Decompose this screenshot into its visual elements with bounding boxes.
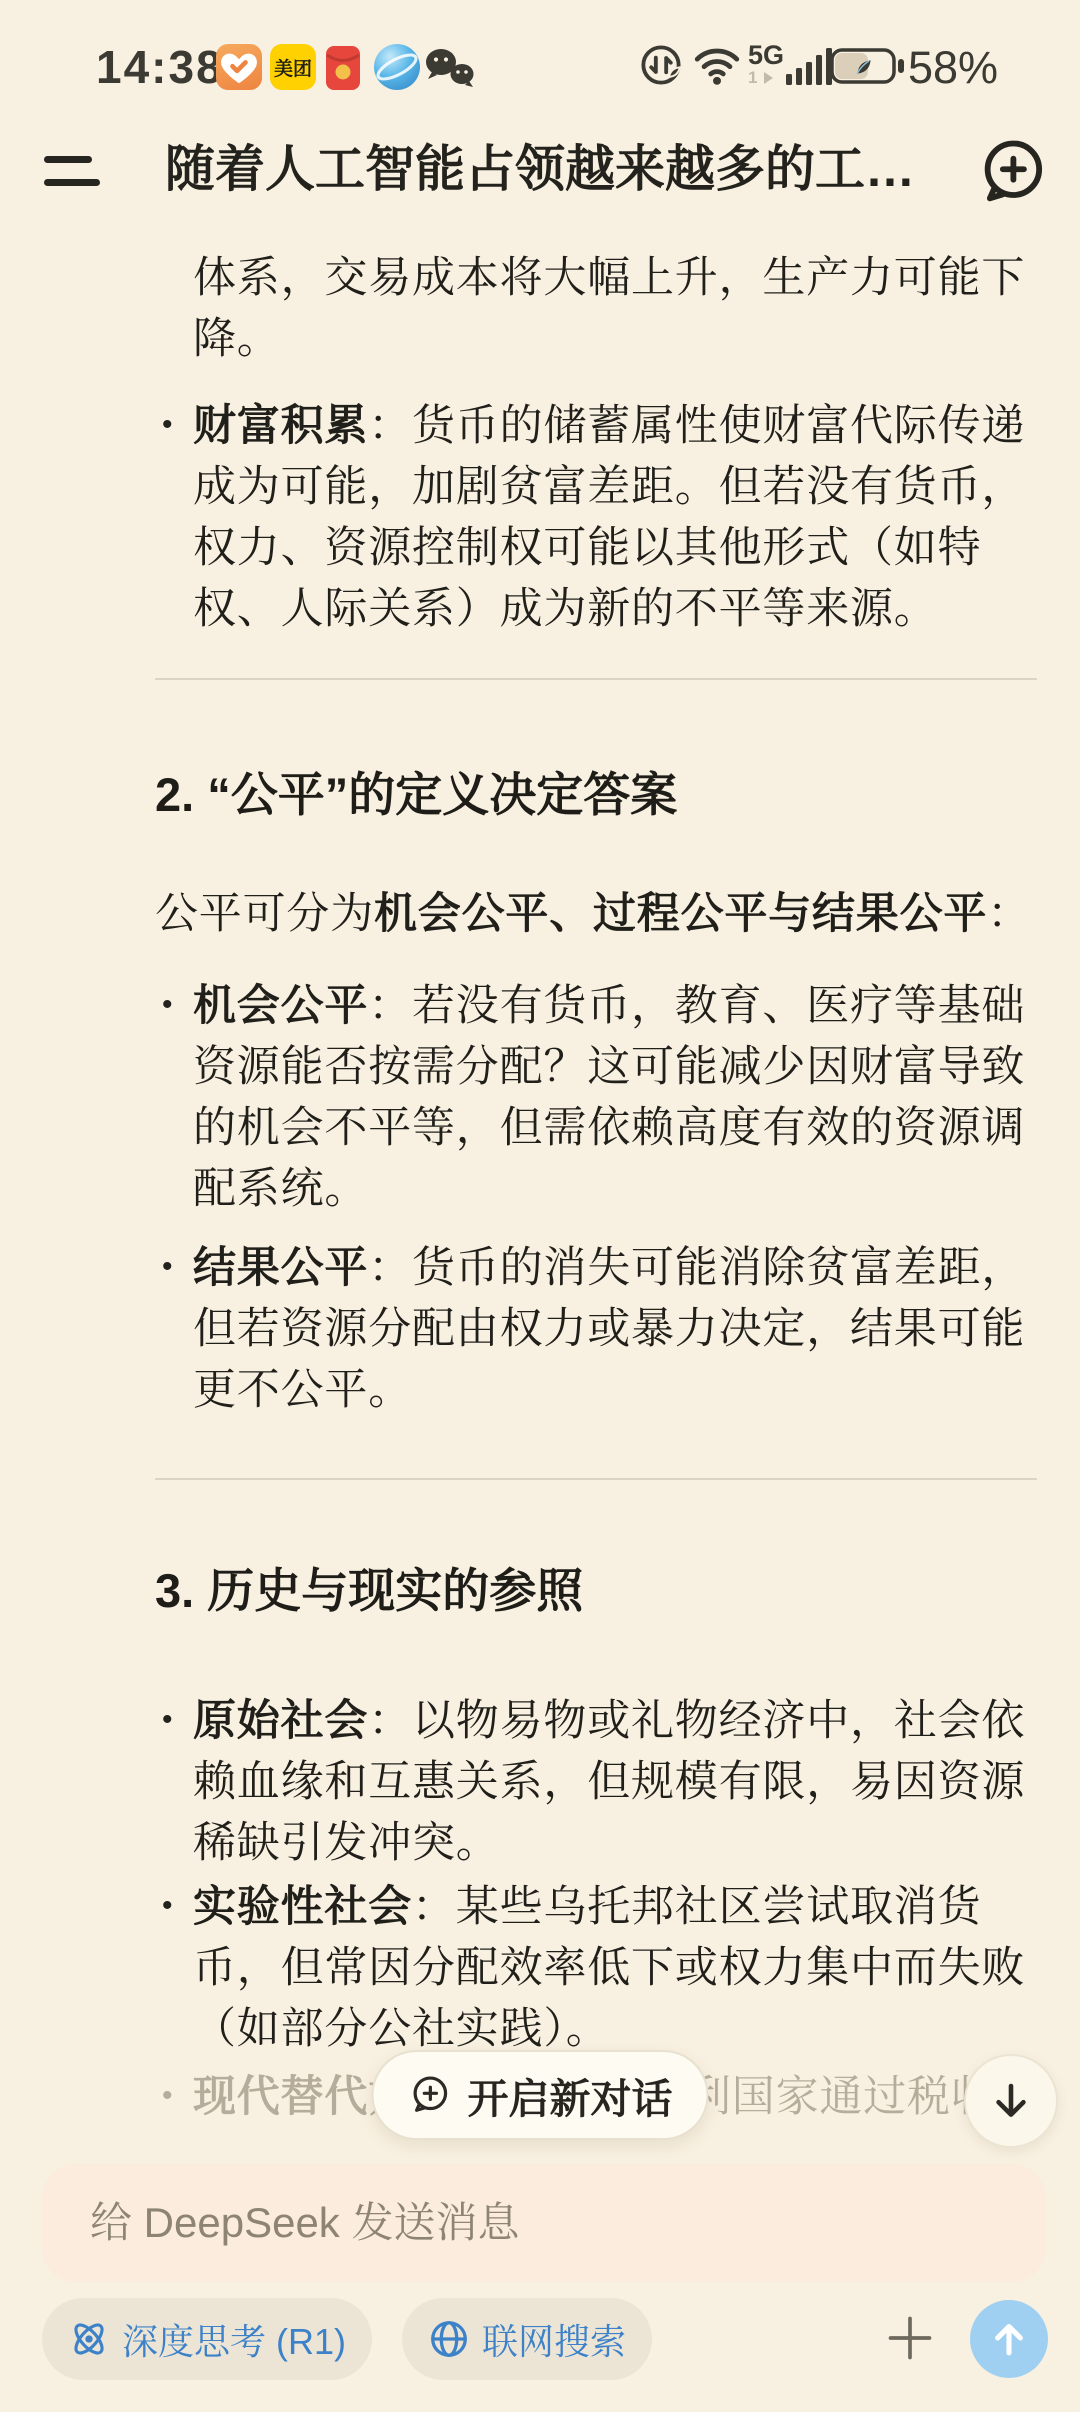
red-envelope-notification-icon	[326, 46, 360, 90]
arrow-up-icon	[987, 2317, 1031, 2361]
composer-tools: 深度思考 (R1) 联网搜索	[42, 2298, 652, 2380]
data-saver-icon	[638, 42, 684, 88]
chat-bubble-plus-icon	[408, 2073, 452, 2117]
web-search-toggle[interactable]: 联网搜索	[402, 2298, 652, 2380]
faded-text-fragment: 利国家通过税收	[688, 2067, 995, 2128]
section-divider	[155, 1478, 1037, 1480]
deep-think-toggle[interactable]: 深度思考 (R1)	[42, 2298, 372, 2380]
new-chat-bubble-icon[interactable]	[976, 134, 1048, 210]
volte-indicator: 1	[748, 68, 757, 88]
message-input[interactable]	[42, 2164, 1046, 2282]
section-heading-fairness: 2. “公平”的定义决定答案	[155, 760, 677, 830]
bullet-wealth-accumulation: • 财富积累：货币的储蓄属性使财富代际传递 成为可能，加剧贫富差距。但若没有货币…	[160, 396, 1025, 640]
bullet-dot: •	[162, 1703, 173, 1737]
volte-arrow-icon	[764, 72, 773, 84]
sidebar-menu-button[interactable]	[44, 152, 104, 192]
new-chat-floating-button[interactable]: 开启新对话	[372, 2050, 709, 2140]
attachment-plus-button[interactable]	[884, 2312, 936, 2364]
wifi-icon	[692, 42, 742, 88]
deep-think-label: 深度思考 (R1)	[122, 2314, 346, 2365]
globe-icon	[428, 2318, 470, 2360]
paragraph-fairness-types: 公平可分为机会公平、过程公平与结果公平：	[155, 884, 1031, 945]
battery-icon	[830, 46, 906, 86]
conversation-title: 随着人工智能占领越来越多的工…	[130, 138, 950, 200]
bullet-result-fairness: • 结果公平：货币的消失可能消除贫富差距， 但若资源分配由权力或暴力决定，结果可…	[160, 1238, 1025, 1421]
bullet-opportunity-fairness: • 机会公平：若没有货币，教育、医疗等基础 资源能否按需分配？这可能减少因财富导…	[160, 976, 1025, 1220]
network-type-label: 5G	[748, 40, 784, 71]
bullet-experimental-society: • 实验性社会：某些乌托邦社区尝试取消货 币，但常因分配效率低下或权力集中而失败…	[160, 1877, 1025, 2060]
bullet-dot: •	[162, 988, 173, 1022]
paragraph-continuation: 体系，交易成本将大幅上升，生产力可能下 降。	[193, 248, 1025, 370]
new-chat-label: 开启新对话	[468, 2066, 673, 2125]
bullet-dot: •	[162, 408, 173, 442]
scroll-to-bottom-button[interactable]	[964, 2054, 1058, 2148]
health-app-notification-icon	[216, 44, 262, 90]
bullet-dot: •	[162, 1250, 173, 1284]
battery-percent-label: 58%	[908, 42, 998, 94]
wechat-notification-icon	[424, 48, 478, 90]
section-divider	[155, 678, 1037, 680]
arrow-down-icon	[987, 2077, 1035, 2125]
message-input-container	[42, 2164, 1046, 2282]
bullet-primitive-society: • 原始社会：以物易物或礼物经济中，社会依 赖血缘和互惠关系，但规模有限，易因资…	[160, 1691, 1025, 1874]
meituan-notification-icon: 美团	[270, 44, 316, 90]
clock: 14:38	[96, 40, 224, 94]
bullet-dot: •	[162, 1889, 173, 1923]
send-button[interactable]	[970, 2300, 1048, 2378]
atom-icon	[68, 2318, 110, 2360]
signal-bars-icon	[786, 46, 836, 86]
section-heading-history: 3. 历史与现实的参照	[155, 1556, 583, 1626]
web-search-label: 联网搜索	[482, 2314, 626, 2365]
browser-planet-notification-icon	[374, 44, 420, 90]
bullet-dot: •	[162, 2079, 173, 2113]
deepseek-app-screen: 14:38 美团	[0, 0, 1080, 2412]
